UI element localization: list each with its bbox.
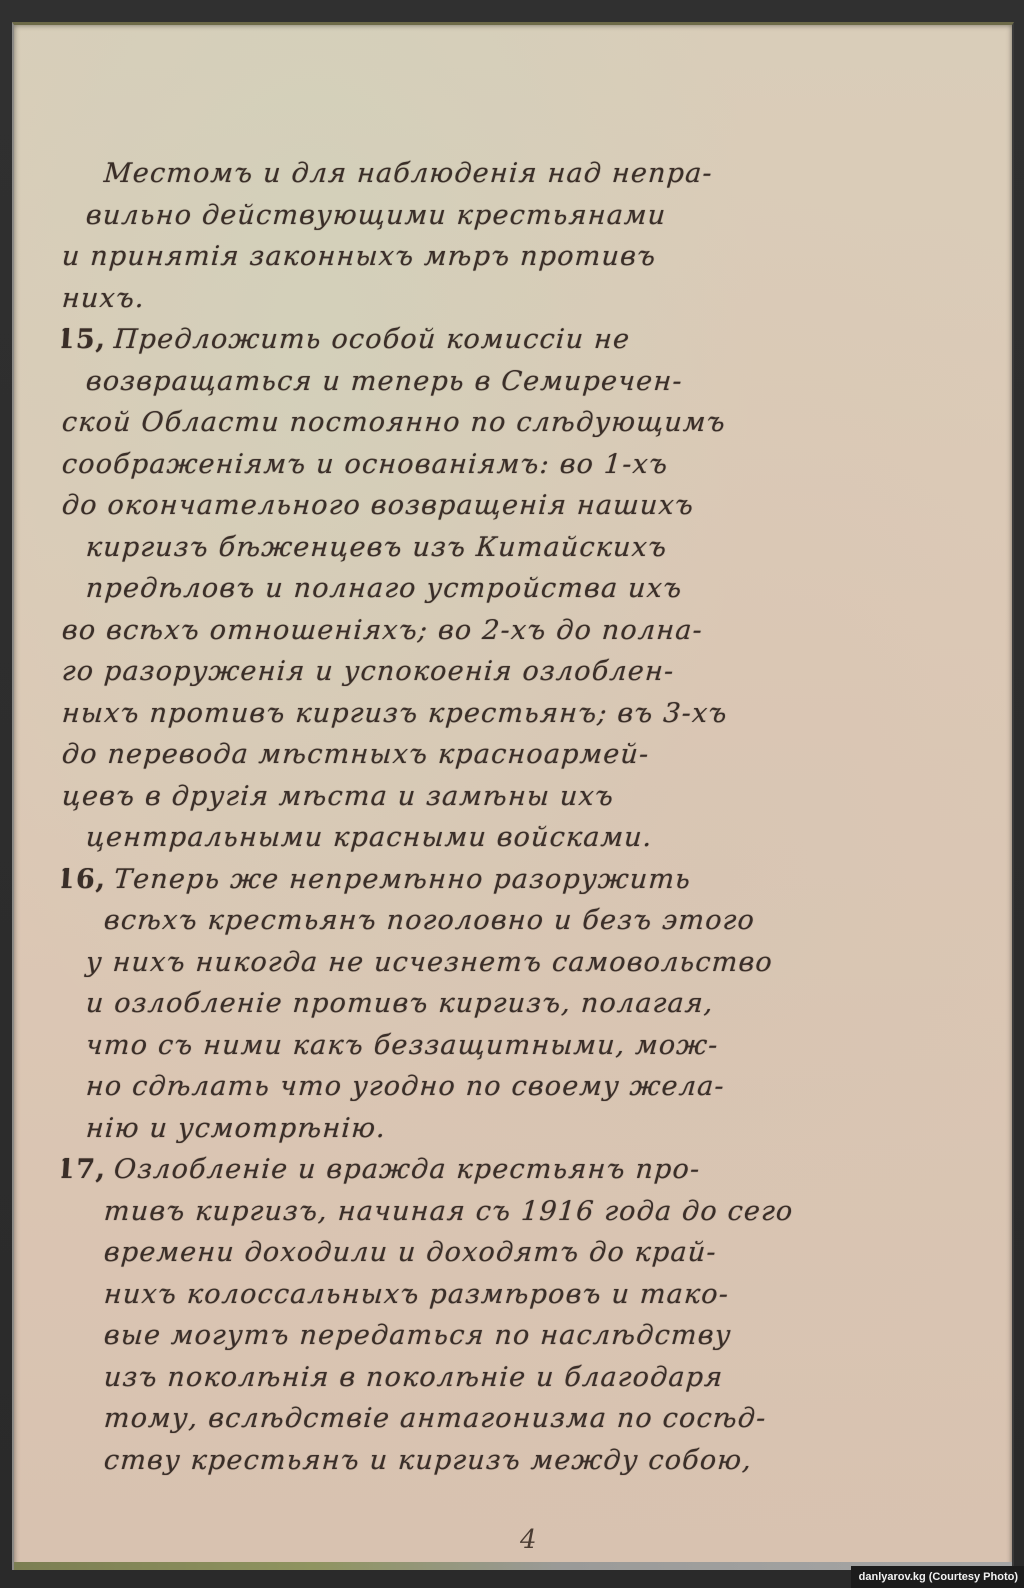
text-line: и озлобленіе противъ киргизъ, полагая, [61,983,994,1025]
text-line: во всѣхъ отношеніяхъ; во 2-хъ до полна- [61,610,994,652]
text-line: до окончательного возвращенія нашихъ [61,485,994,527]
handwritten-text-block: Местомъ и для наблюденія над непра- виль… [62,153,992,1481]
line-text: что съ ними какъ беззащитными, мож- [85,1030,720,1061]
line-text: ныхъ противъ киргизъ крестьянъ; въ 3-хъ [61,698,729,729]
text-line: тивъ киргизъ, начиная съ 1916 года до се… [61,1191,994,1233]
text-line-numbered: 15,Предложить особой комиссіи не [61,319,994,361]
text-line: ныхъ противъ киргизъ крестьянъ; въ 3-хъ [61,693,994,735]
text-line: изъ поколѣнія в поколѣніе и благодаря [61,1357,994,1399]
photo-credit-caption: danlyarov.kg (Courtesy Photo) [851,1566,1024,1588]
text-line: нію и усмотрѣнію. [61,1108,994,1150]
text-line-numbered: 17,Озлобленіе и вражда крестьянъ про- [61,1149,994,1191]
line-text: Теперь же непремѣнно разоружить [113,864,692,895]
text-line: у нихъ никогда не исчезнетъ самовольство [61,942,994,984]
text-line: го разоруженія и успокоенія озлоблен- [61,651,994,693]
line-text: ству крестьянъ и киргизъ между собою, [103,1445,753,1476]
page-number: 4 [520,1525,537,1555]
text-line: киргизъ бѣженцевъ изъ Китайскихъ [61,527,994,569]
line-text: Местомъ и для наблюденія над непра- [103,158,714,189]
line-text: Предложить особой комиссіи не [113,324,631,355]
text-line: возвращаться и теперь в Семиречен- [61,361,994,403]
line-text: но сдѣлать что угодно по своему жела- [85,1071,726,1102]
document-page: Местомъ и для наблюденія над непра- виль… [12,22,1014,1570]
text-line: соображеніямъ и основаніямъ: во 1-хъ [61,444,994,486]
line-text: Озлобленіе и вражда крестьянъ про- [113,1154,702,1185]
text-line: времени доходили и доходятъ до край- [61,1232,994,1274]
line-text: времени доходили и доходятъ до край- [103,1237,718,1268]
line-text: предѣловъ и полнаго устройства ихъ [85,573,684,604]
line-text: изъ поколѣнія в поколѣніе и благодаря [103,1362,725,1393]
text-line: предѣловъ и полнаго устройства ихъ [61,568,994,610]
text-line: вые могутъ передаться по наслѣдству [61,1315,994,1357]
line-text: возвращаться и теперь в Семиречен- [85,366,684,397]
line-text: до перевода мѣстныхъ красноармей- [61,739,651,770]
line-text: соображеніямъ и основаніямъ: во 1-хъ [61,449,669,480]
text-line: всѣхъ крестьянъ поголовно и безъ этого [61,900,994,942]
item-number: 16, [61,859,116,901]
line-text: цевъ в другія мѣста и замѣны ихъ [61,781,615,812]
text-line: Местомъ и для наблюденія над непра- [61,153,994,195]
text-line: до перевода мѣстныхъ красноармей- [61,734,994,776]
text-line-numbered: 16,Теперь же непремѣнно разоружить [61,859,994,901]
text-line: центральными красными войсками. [61,817,994,859]
item-number: 17, [61,1149,116,1191]
text-line: но сдѣлать что угодно по своему жела- [61,1066,994,1108]
line-text: и озлобленіе противъ киргизъ, полагая, [85,988,715,1019]
text-line: ской Области постоянно по слѣдующимъ [61,402,994,444]
line-text: го разоруженія и успокоенія озлоблен- [61,656,676,687]
text-line: тому, вслѣдствіе антагонизма по сосѣд- [61,1398,994,1440]
text-line: цевъ в другія мѣста и замѣны ихъ [61,776,994,818]
photo-frame: Местомъ и для наблюденія над непра- виль… [0,0,1024,1588]
line-text: до окончательного возвращенія нашихъ [61,490,695,521]
line-text: всѣхъ крестьянъ поголовно и безъ этого [103,905,756,936]
text-line: что съ ними какъ беззащитными, мож- [61,1025,994,1067]
line-text: тивъ киргизъ, начиная съ 1916 года до се… [103,1196,795,1227]
line-text: центральными красными войсками. [85,822,654,853]
line-text: нію и усмотрѣнію. [85,1113,387,1144]
line-text: вые могутъ передаться по наслѣдству [103,1320,733,1351]
text-line: нихъ. [61,278,994,320]
text-line: и принятія законныхъ мѣръ противъ [61,236,994,278]
line-text: тому, вслѣдствіе антагонизма по сосѣд- [103,1403,768,1434]
text-line: вильно действующими крестьянами [61,195,994,237]
line-text: во всѣхъ отношеніяхъ; во 2-хъ до полна- [61,615,704,646]
line-text: нихъ колоссальныхъ размѣровъ и такo- [103,1279,730,1310]
text-line: ству крестьянъ и киргизъ между собою, [61,1440,994,1482]
line-text: и принятія законныхъ мѣръ противъ [61,241,657,272]
line-text: киргизъ бѣженцевъ изъ Китайскихъ [85,532,668,563]
line-text: вильно действующими крестьянами [85,200,667,231]
line-text: у нихъ никогда не исчезнетъ самовольство [85,947,774,978]
item-number: 15, [61,319,116,361]
line-text: нихъ. [61,283,146,314]
line-text: ской Области постоянно по слѣдующимъ [61,407,727,438]
text-line: нихъ колоссальныхъ размѣровъ и такo- [61,1274,994,1316]
